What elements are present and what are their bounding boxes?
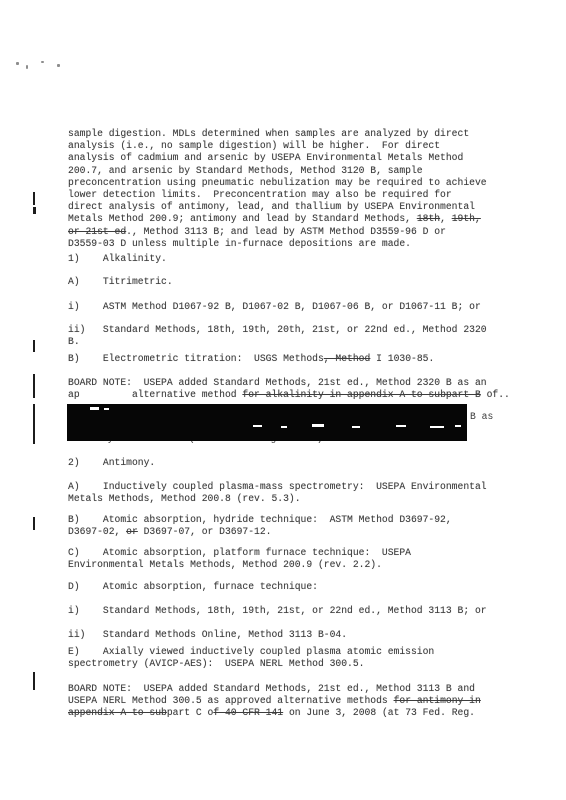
text-segment: of.. — [481, 389, 510, 400]
text-segment: BOARD NOTE: USEPA added Standard Methods… — [68, 683, 475, 694]
text-line: B. — [68, 336, 487, 348]
text-segment: part C o — [167, 707, 214, 718]
item-2b-hydride: B) Atomic absorption, hydride technique:… — [68, 514, 452, 538]
text-segment: D3697-02, — [68, 526, 126, 537]
redaction-remnant — [90, 407, 99, 410]
redaction-remnant — [281, 426, 287, 428]
change-bar — [33, 340, 35, 352]
struck-text: for antimony in — [394, 695, 481, 706]
text-line: i) Standard Methods, 18th, 19th, 21st, o… — [68, 605, 487, 617]
struck-text: f 40 CFR 141 — [213, 707, 283, 718]
text-segment: lower detection limits. Preconcentration… — [68, 189, 452, 200]
text-line: analysis of cadmium and arsenic by USEPA… — [68, 152, 487, 164]
redaction-remnant — [430, 426, 444, 428]
text-line: D3559-03 D unless multiple in-furnace de… — [68, 238, 487, 250]
text-line: i) ASTM Method D1067-92 B, D1067-02 B, D… — [68, 301, 481, 313]
text-segment: C) Atomic absorption, platform furnace t… — [68, 547, 411, 558]
redaction-remnant — [455, 425, 461, 427]
text-line: B) Electrometric titration: USGS Methods… — [68, 353, 434, 365]
text-line: lower detection limits. Preconcentration… — [68, 189, 487, 201]
text-segment: on June 3, 2008 (at 73 Fed. Reg. — [283, 707, 475, 718]
text-segment: i) Standard Methods, 18th, 19th, 21st, o… — [68, 605, 487, 616]
item-1-alkalinity: 1) Alkalinity. — [68, 253, 167, 265]
text-line: Metals Methods, Method 200.8 (rev. 5.3). — [68, 493, 487, 505]
board-note-antimony: BOARD NOTE: USEPA added Standard Methods… — [68, 683, 481, 720]
scanned-document-page: sample digestion. MDLs determined when s… — [0, 0, 566, 800]
text-segment: ii) Standard Methods, 18th, 19th, 20th, … — [68, 324, 487, 335]
change-bar — [33, 374, 35, 398]
struck-text: 19th, — [452, 213, 481, 224]
redaction-remnant — [396, 425, 406, 427]
text-segment: spectrometry (AVICP-AES): USEPA NERL Met… — [68, 658, 365, 669]
text-line: Environmental Metals Methods, Method 200… — [68, 559, 411, 571]
text-line: 2) Antimony. — [68, 457, 155, 469]
change-bar — [33, 672, 35, 690]
struck-text: or — [126, 526, 138, 537]
text-segment: ap alternative method — [68, 389, 242, 400]
text-line: or 21st ed., Method 3113 B; and lead by … — [68, 226, 487, 238]
text-segment: E) Axially viewed inductively coupled pl… — [68, 646, 434, 657]
redaction-remnant — [253, 425, 262, 427]
item-2d-i-standard-methods: i) Standard Methods, 18th, 19th, 21st, o… — [68, 605, 487, 617]
text-segment: I 1030-85. — [370, 353, 434, 364]
text-line: USEPA NERL Method 300.5 as approved alte… — [68, 695, 481, 707]
struck-text: for alkalinity in appendix A to subpart … — [242, 389, 480, 400]
redaction-edge-text: B as — [470, 411, 493, 423]
item-2d-ii-standard-methods-online: ii) Standard Methods Online, Method 3113… — [68, 629, 347, 641]
item-2c-platform-furnace: C) Atomic absorption, platform furnace t… — [68, 547, 411, 571]
text-segment: ii) Standard Methods Online, Method 3113… — [68, 629, 347, 640]
text-line: A) Titrimetric. — [68, 276, 173, 288]
text-line: BOARD NOTE: USEPA added Standard Methods… — [68, 683, 481, 695]
text-segment: D3697-07, or D3697-12. — [138, 526, 272, 537]
struck-text: , Method — [324, 353, 371, 364]
change-bar — [33, 192, 35, 205]
text-segment: D3559-03 D unless multiple in-furnace de… — [68, 238, 411, 249]
item-1a-i-astm: i) ASTM Method D1067-92 B, D1067-02 B, D… — [68, 301, 481, 313]
text-segment: BOARD NOTE: USEPA added Standard Methods… — [68, 377, 487, 388]
intro-paragraph: sample digestion. MDLs determined when s… — [68, 128, 487, 250]
pen-mark — [16, 62, 19, 65]
pen-mark — [41, 61, 44, 63]
text-segment: direct analysis of antimony, lead, and t… — [68, 201, 475, 212]
pen-mark — [26, 65, 28, 69]
text-line: direct analysis of antimony, lead, and t… — [68, 201, 487, 213]
text-line: sample digestion. MDLs determined when s… — [68, 128, 487, 140]
text-segment: A) Inductively coupled plasma-mass spect… — [68, 481, 487, 492]
text-segment: B. — [68, 336, 80, 347]
text-segment: 200.7, and arsenic by Standard Methods, … — [68, 165, 423, 176]
text-line: 1) Alkalinity. — [68, 253, 167, 265]
item-1a-ii-standard-methods: ii) Standard Methods, 18th, 19th, 20th, … — [68, 324, 487, 348]
struck-text: appendix A to sub — [68, 707, 167, 718]
item-2a-icp-ms: A) Inductively coupled plasma-mass spect… — [68, 481, 487, 505]
text-segment: analysis (i.e., no sample digestion) wil… — [68, 140, 440, 151]
text-segment: USEPA NERL Method 300.5 as approved alte… — [68, 695, 394, 706]
change-bar — [33, 207, 36, 214]
text-segment: Environmental Metals Methods, Method 200… — [68, 559, 382, 570]
text-segment: B) Electrometric titration: USGS Methods — [68, 353, 324, 364]
change-bar — [33, 404, 35, 444]
text-line: 200.7, and arsenic by Standard Methods, … — [68, 165, 487, 177]
text-segment: B) Atomic absorption, hydride technique:… — [68, 514, 452, 525]
text-line: D) Atomic absorption, furnace technique: — [68, 581, 318, 593]
text-line: ii) Standard Methods, 18th, 19th, 20th, … — [68, 324, 487, 336]
text-segment: , — [440, 213, 452, 224]
item-1b-electrometric: B) Electrometric titration: USGS Methods… — [68, 353, 434, 365]
struck-text: 18th — [417, 213, 440, 224]
item-2e-avicp-aes: E) Axially viewed inductively coupled pl… — [68, 646, 434, 670]
text-line: ap alternative method for alkalinity in … — [68, 389, 510, 401]
item-2d-furnace: D) Atomic absorption, furnace technique: — [68, 581, 318, 593]
text-line: preconcentration using pneumatic nebuliz… — [68, 177, 487, 189]
text-segment: 1) Alkalinity. — [68, 253, 167, 264]
text-line: B) Atomic absorption, hydride technique:… — [68, 514, 452, 526]
text-line: BOARD NOTE: USEPA added Standard Methods… — [68, 377, 510, 389]
text-line: A) Inductively coupled plasma-mass spect… — [68, 481, 487, 493]
redaction-remnant — [312, 424, 324, 427]
text-segment: A) Titrimetric. — [68, 276, 173, 287]
item-2-antimony: 2) Antimony. — [68, 457, 155, 469]
change-bar — [33, 517, 35, 530]
item-1a-titrimetric: A) Titrimetric. — [68, 276, 173, 288]
text-segment: Metals Method 200.9; antimony and lead b… — [68, 213, 417, 224]
redaction-remnant — [104, 408, 109, 410]
redaction-remnant — [352, 426, 360, 428]
text-line: analysis (i.e., no sample digestion) wil… — [68, 140, 487, 152]
text-line: Metals Method 200.9; antimony and lead b… — [68, 213, 487, 225]
text-line: D3697-02, or D3697-07, or D3697-12. — [68, 526, 452, 538]
text-segment: preconcentration using pneumatic nebuliz… — [68, 177, 487, 188]
text-segment: ., Method 3113 B; and lead by ASTM Metho… — [126, 226, 446, 237]
text-segment: D) Atomic absorption, furnace technique: — [68, 581, 318, 592]
text-line: appendix A to subpart C of 40 CFR 141 on… — [68, 707, 481, 719]
text-segment: analysis of cadmium and arsenic by USEPA… — [68, 152, 463, 163]
text-segment: i) ASTM Method D1067-92 B, D1067-02 B, D… — [68, 301, 481, 312]
board-note-alkalinity: BOARD NOTE: USEPA added Standard Methods… — [68, 377, 510, 401]
text-segment: Metals Methods, Method 200.8 (rev. 5.3). — [68, 493, 301, 504]
text-line: E) Axially viewed inductively coupled pl… — [68, 646, 434, 658]
struck-text: or 21st ed — [68, 226, 126, 237]
text-line: ii) Standard Methods Online, Method 3113… — [68, 629, 347, 641]
text-line: C) Atomic absorption, platform furnace t… — [68, 547, 411, 559]
text-segment: sample digestion. MDLs determined when s… — [68, 128, 469, 139]
text-segment: 2) Antimony. — [68, 457, 155, 468]
redaction-bar — [67, 404, 467, 441]
pen-mark — [57, 64, 60, 67]
text-line: spectrometry (AVICP-AES): USEPA NERL Met… — [68, 658, 434, 670]
